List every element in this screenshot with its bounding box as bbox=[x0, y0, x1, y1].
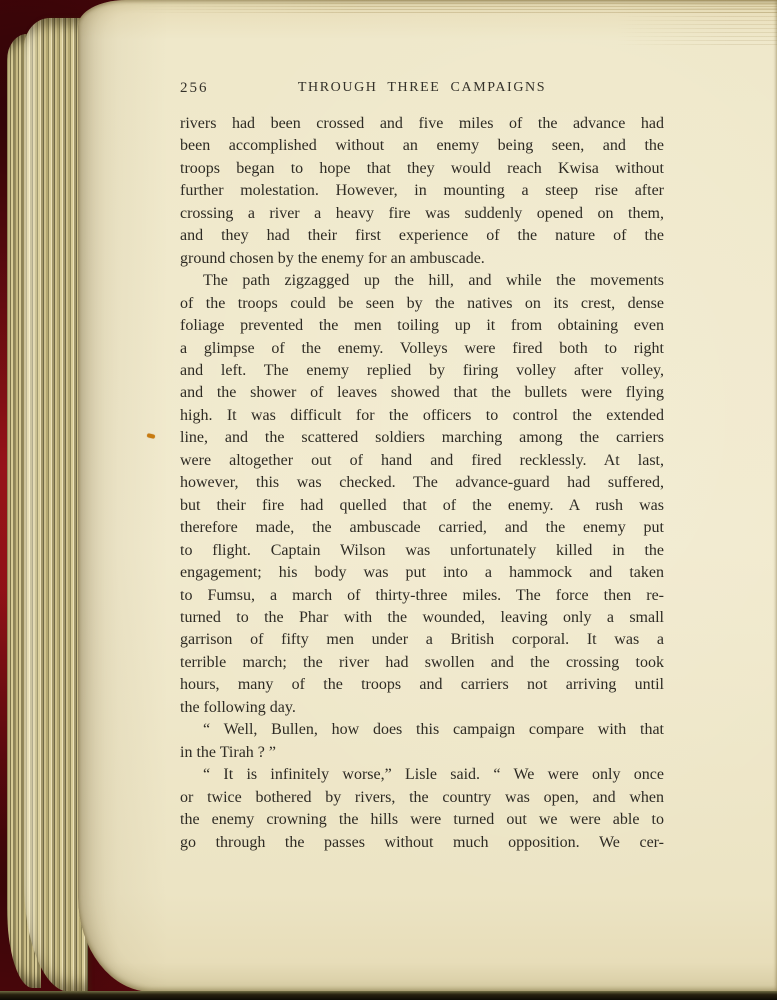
running-header: THROUGH THREE CAMPAIGNS bbox=[180, 80, 664, 96]
text-line: and left. The enemy replied by firing vo… bbox=[180, 360, 664, 382]
text-line: were altogether out of hand and fired re… bbox=[180, 450, 664, 472]
text-line: however, this was checked. The advance-g… bbox=[180, 472, 664, 494]
text-line: therefore made, the ambuscade carried, a… bbox=[180, 517, 664, 539]
text-line: to Fumsu, a march of thirty-three miles.… bbox=[180, 585, 664, 607]
book-page: 256 THROUGH THREE CAMPAIGNS rivers had b… bbox=[78, 0, 777, 992]
text-line: been accomplished without an enemy being… bbox=[180, 135, 664, 157]
text-line: of the troops could be seen by the nativ… bbox=[180, 293, 664, 315]
page-text: rivers had been crossed and five miles o… bbox=[180, 113, 664, 854]
text-line: line, and the scattered soldiers marchin… bbox=[180, 427, 664, 449]
paragraph: rivers had been crossed and five miles o… bbox=[180, 113, 664, 270]
text-line: the enemy crowning the hills were turned… bbox=[180, 809, 664, 831]
paragraph: “ It is infinitely worse,” Lisle said. “… bbox=[180, 764, 664, 854]
book-bottom-edge bbox=[0, 991, 777, 1000]
text-line: and the shower of leaves showed that the… bbox=[180, 382, 664, 404]
text-line: troops began to hope that they would rea… bbox=[180, 158, 664, 180]
top-fore-edge-streaks-right bbox=[617, 0, 777, 46]
text-line: high. It was difficult for the officers … bbox=[180, 405, 664, 427]
text-line: rivers had been crossed and five miles o… bbox=[180, 113, 664, 135]
text-line: “ It is infinitely worse,” Lisle said. “… bbox=[180, 764, 664, 786]
text-line: ground chosen by the enemy for an ambusc… bbox=[180, 248, 664, 270]
paragraph: “ Well, Bullen, how does this campaign c… bbox=[180, 719, 664, 764]
text-line: in the Tirah ? ” bbox=[180, 742, 664, 764]
text-line: a glimpse of the enemy. Volleys were fir… bbox=[180, 338, 664, 360]
text-line: engagement; his body was put into a hamm… bbox=[180, 562, 664, 584]
text-line: to flight. Captain Wilson was unfortunat… bbox=[180, 540, 664, 562]
text-line: hours, many of the troops and carriers n… bbox=[180, 674, 664, 696]
text-line: further molestation. However, in mountin… bbox=[180, 180, 664, 202]
margin-pen-mark-icon bbox=[147, 433, 156, 439]
text-line: go through the passes without much oppos… bbox=[180, 832, 664, 854]
text-line: and they had their first experience of t… bbox=[180, 225, 664, 247]
text-line: The path zigzagged up the hill, and whil… bbox=[180, 270, 664, 292]
text-line: “ Well, Bullen, how does this campaign c… bbox=[180, 719, 664, 741]
text-line: or twice bothered by rivers, the country… bbox=[180, 787, 664, 809]
text-line: turned to the Phar with the wounded, lea… bbox=[180, 607, 664, 629]
text-line: garrison of fifty men under a British co… bbox=[180, 629, 664, 651]
page-header: 256 THROUGH THREE CAMPAIGNS bbox=[180, 80, 664, 100]
text-line: foliage prevented the men toiling up it … bbox=[180, 315, 664, 337]
text-line: but their fire had quelled that of the e… bbox=[180, 495, 664, 517]
page-number: 256 bbox=[180, 80, 209, 97]
book-scan: 256 THROUGH THREE CAMPAIGNS rivers had b… bbox=[0, 0, 777, 1000]
paragraph: The path zigzagged up the hill, and whil… bbox=[180, 270, 664, 719]
text-line: terrible march; the river had swollen an… bbox=[180, 652, 664, 674]
text-line: the following day. bbox=[180, 697, 664, 719]
text-line: crossing a river a heavy fire was sudden… bbox=[180, 203, 664, 225]
